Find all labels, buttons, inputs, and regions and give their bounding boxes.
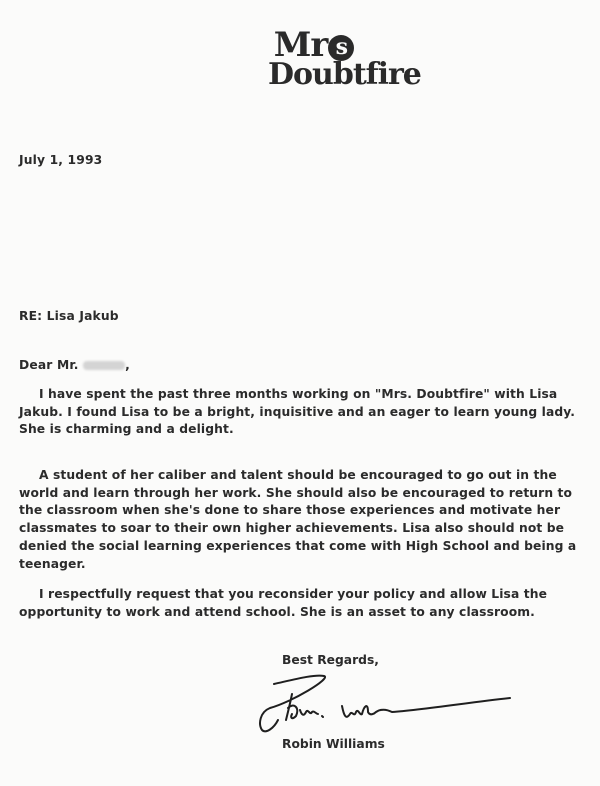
signer-name: Robin Williams bbox=[282, 737, 385, 751]
redacted-name bbox=[83, 361, 125, 370]
salutation: Dear Mr. , bbox=[19, 357, 130, 375]
salutation-suffix: , bbox=[125, 358, 130, 372]
logo-line-2: Doubtfire bbox=[268, 60, 388, 90]
body-paragraph-1: I have spent the past three months worki… bbox=[19, 386, 585, 439]
body-paragraph-3: I respectfully request that you reconsid… bbox=[19, 586, 585, 621]
signature bbox=[252, 672, 522, 742]
closing: Best Regards, bbox=[282, 653, 379, 667]
body-paragraph-2: A student of her caliber and talent shou… bbox=[19, 467, 585, 573]
letter-subject: RE: Lisa Jakub bbox=[19, 308, 119, 326]
salutation-prefix: Dear Mr. bbox=[19, 358, 79, 372]
letterhead-logo: Mrs Doubtfire bbox=[258, 28, 388, 90]
letter-date: July 1, 1993 bbox=[19, 152, 102, 170]
